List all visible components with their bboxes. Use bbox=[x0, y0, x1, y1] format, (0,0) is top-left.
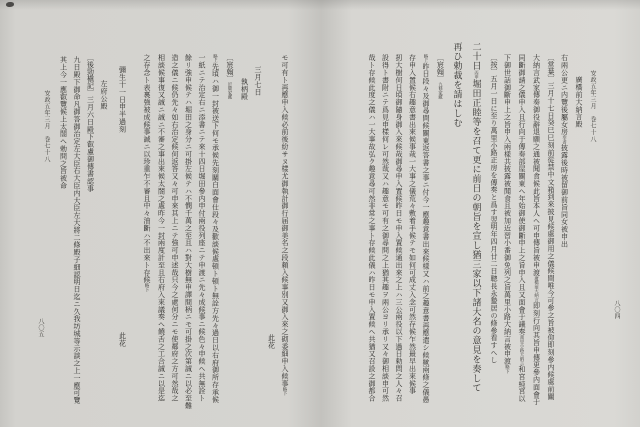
letter-column: 哉ト存候此度之儀ハ一大事故弘ク趣意尋可然非常之事ト存候此儀ハ昨日モ申入置候ヘ共猶… bbox=[365, 42, 379, 419]
provenance-gloss: 九條家藏 bbox=[439, 82, 444, 99]
provenance-gloss: 近衞家藏 bbox=[228, 82, 233, 99]
omission-mark: 略下 bbox=[283, 387, 288, 396]
right-page: 安政五年三月 巻七十八 八〇四 廣橋前大納言殿 右兩公更ニ内覽後屬女房奉書披露後… bbox=[330, 0, 640, 427]
date-signature-column: 彌生十一日申半過刻 此花 bbox=[115, 42, 129, 419]
letter-column: 扨大樹何日頃御隨身御入來候哉御尋申入置候昨日モ申入置候通出來之上ハ三公兩役以下過… bbox=[392, 42, 406, 419]
letter-column: 略上先頃ハ御一封被送下何モ承候先刻關白面會仕段々及歡談候處頓ト頓ト無詮方先々過日… bbox=[208, 42, 223, 419]
source-tag-diary: 〔後勁槇記〕 bbox=[87, 54, 95, 96]
record-column: 右兩公更ニ内覽後屬女房奉書披露後時被留御前旨同女被申出 bbox=[557, 42, 572, 419]
letter-column: 造之儀ニ候仍先々如右治定候何返答又々可申來其上ニテ強可申述哉只今之處何分ニモ使鄰… bbox=[168, 42, 182, 419]
record-column: 九日殿下御命凡御答御治定左大臣右大臣内大臣左大將二條殿子細認明日迄ニ久我坊城等示… bbox=[70, 42, 84, 419]
signature: 此花 bbox=[115, 332, 129, 347]
left-page-text-block: モ可有ト再應申入候必前後紛サヌ樣尤御執計御行届御美名之段頼入候事別又御入來之砌委… bbox=[4, 42, 292, 419]
source-tag-tokiwa: 〔常葉〕 bbox=[547, 54, 555, 82]
letter-column: 設得ト書附ニテ爲見申樣何レ可然哉又ハ趣意モ可有之御尋問之上猶其趣ヲ兩公ヨリ承リ又… bbox=[378, 42, 392, 419]
record-column: 大納言武家傳奏御役辭退願之通被聞食候此旨本人ヘ可申傳旨被申渡廣橋前大納言即刻行向… bbox=[529, 42, 544, 419]
source-tag-column: 〔宸翰〕九條家藏 bbox=[433, 42, 448, 419]
letter-column: 相談候事復又誠ニ誠ニ不審之事出來候太閤之處昨今一封兩度計至且右府入來議奏ヘ饒舌之… bbox=[154, 42, 168, 419]
page-number: 八〇四 bbox=[612, 300, 621, 320]
addressee-column: 執柄殿 bbox=[237, 42, 251, 419]
record-column: 〔常葉〕三月十七日癸巳巳刻前從禁中文箱到來披見候處御用之儀候間唯今可參之旨被仰即… bbox=[544, 42, 558, 419]
letter-column: 之存念ト表裏強被成候事誠ニ以珍重乍不審且中々油斷ハ不出來ト存候略下 bbox=[140, 42, 155, 419]
omission-mark: 略下 bbox=[145, 283, 150, 292]
letter-column: 存申入置候右趣意書出來候事哉一大事之儀荒々敷着手候テモ如何可成丈入念可然存候乍然… bbox=[405, 42, 419, 419]
record-column: 其上今一應叡覽候上太閤ヘ勅問之旨被命 bbox=[56, 42, 70, 419]
date-column: 三月七日 bbox=[251, 42, 265, 419]
warichu-gloss: 奉書 bbox=[563, 135, 568, 144]
omission-mark: 略上 bbox=[424, 54, 429, 63]
scanned-book-spread: 安政五年三月 巻七十八 八〇四 廣橋前大納言殿 右兩公更ニ内覽後屬女房奉書披露後… bbox=[0, 0, 640, 427]
record-column: 〔後勁槇記〕三月六日殿下叡慮御傳書認事 bbox=[83, 42, 97, 419]
letter-column: 一紙ニテ治定右ニ添書ニテ來十四日堀田參内申付兩役列座ニテ申渡ニ先々成候事ニ候色々… bbox=[195, 42, 209, 419]
headline-column: 再ひ勅裁を請はしむ bbox=[448, 42, 467, 419]
letter-column: 略上昨日段々及御尋問候關東返答書之事ニ付今一應趣意書出來候樣又ハ前之趣意書再應遣… bbox=[419, 42, 434, 419]
warichu-gloss: 萬里小路大納言 bbox=[520, 335, 525, 365]
omission-mark: 略下 bbox=[506, 365, 511, 374]
running-head: 安政五年三月 巻七十八 bbox=[588, 70, 597, 143]
editor-note-column: 〔按〕五月一日に至り萬里小路正房を傳奏と爲す翌明年四月廿二日聰長永蟄居の條參看す… bbox=[487, 42, 501, 419]
source-tag-shinkan: 〔宸翰〕 bbox=[437, 54, 445, 82]
source-tag-column: 〔宸翰〕近衞家藏 bbox=[223, 42, 238, 419]
note-tag-an: 〔按〕 bbox=[490, 54, 498, 75]
record-column: 下御世話御斷申上之旨申入兩樣共披露被聞食且被加近習小番御免列之旨萬里小路大納言被… bbox=[500, 42, 515, 419]
signature: 此花 bbox=[268, 334, 276, 349]
warichu-gloss: 廣橋前大納言 bbox=[535, 276, 540, 302]
signature-column: 此花 bbox=[264, 42, 278, 419]
headline-column: 二十日丙申堀田正睦等を召て更に前日の朝旨を宣し猶三家以下諸大名の意見を奏して bbox=[467, 42, 487, 419]
letter-column: 餘リ強申候テハ堀田之身分ニ可掛左候テハ不憫千萬之至且ハ對大樹無申譯間柄ニモ可掛之… bbox=[181, 42, 195, 419]
record-column: 同斷御請之儀申入且行向于傳奏部屋關東ヘ年始御使御斷申上之旨申入且又面會于議奏萬里… bbox=[515, 42, 530, 419]
omission-mark: 略上 bbox=[214, 54, 219, 63]
date-ganzhi-gloss: 丙申 bbox=[475, 71, 480, 80]
right-page-text-block: 廣橋前大納言殿 右兩公更ニ内覽後屬女房奉書披露後時被留御前旨同女被申出 〔常葉〕… bbox=[336, 42, 585, 419]
source-tag-shinkan: 〔宸翰〕 bbox=[226, 54, 234, 82]
addressee-column: 廣橋前大納言殿 bbox=[572, 42, 586, 419]
letter-column: モ可有ト再應申入候必前後紛サヌ樣尤御執計御行届御美名之段頼入候事別又御入來之砌委… bbox=[278, 42, 293, 419]
addressee-column: 左府公殿 bbox=[97, 42, 111, 419]
left-page: 安政五年三月 巻七十八 八〇五 モ可有ト再應申入候必前後紛サヌ樣尤御執計御行届御… bbox=[0, 0, 320, 427]
